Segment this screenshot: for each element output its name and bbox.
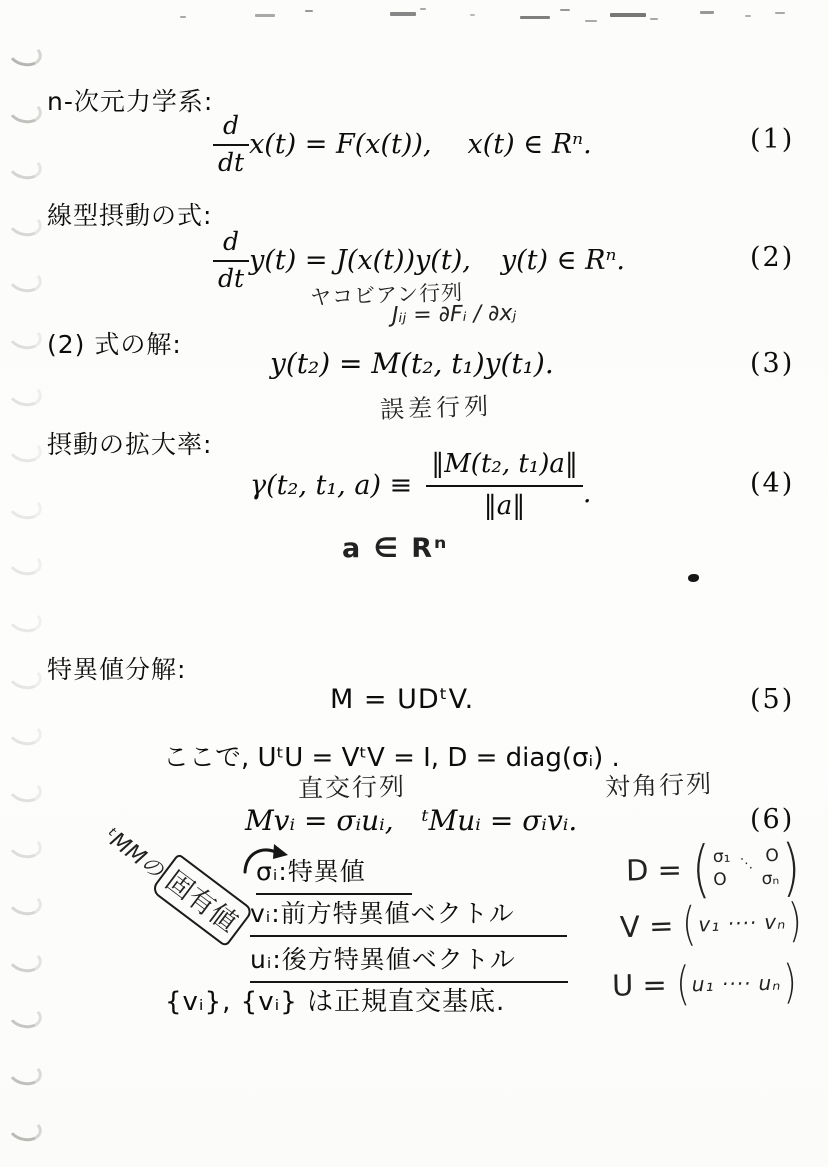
binder-hole bbox=[6, 661, 44, 692]
scan-noise-band bbox=[0, 0, 828, 30]
binder-hole bbox=[6, 548, 44, 579]
binder-hole bbox=[6, 1001, 44, 1032]
equation-1-fraction: d dt bbox=[213, 112, 249, 178]
definition-singular-value: σᵢ:特異値 bbox=[256, 852, 412, 895]
matrix-d-annotation: D = ( σ₁O Oσₙ ⋱ ) bbox=[626, 839, 804, 898]
equation-2-number: (2) bbox=[750, 242, 794, 273]
equation-4-numerator: ‖M(t₂, t₁)a‖ bbox=[426, 450, 583, 487]
matrix-v-entries: v₁ ···· vₙ bbox=[698, 909, 787, 936]
definition-forward-singular-vector: vᵢ:前方特異値ベクトル bbox=[250, 894, 567, 937]
binder-hole bbox=[6, 1114, 44, 1145]
equation-2-fraction: d dt bbox=[213, 228, 249, 294]
equation-1-numerator: d bbox=[213, 112, 249, 146]
equation-4-fraction: ‖M(t₂, t₁)a‖ ‖a‖ bbox=[426, 450, 583, 522]
binder-hole bbox=[6, 492, 44, 523]
matrix-u-left-paren: ( bbox=[676, 963, 690, 1005]
equation-4-denominator: ‖a‖ bbox=[426, 487, 583, 522]
equation-3-body: y(t₂) = M(t₂, t₁)y(t₁). bbox=[270, 347, 554, 380]
matrix-d-zero-bottom: O bbox=[713, 870, 727, 890]
scanned-notes-page: n-次元力学系: d dt x(t) = F(x(t)), x(t) ∈ Rⁿ.… bbox=[0, 0, 828, 1167]
matrix-u-annotation: U = ( u₁ ···· uₙ ) bbox=[612, 961, 800, 1006]
equation-4-lhs: γ(t₂, t₁, a) ≡ bbox=[250, 470, 412, 501]
matrix-d-lhs: D = bbox=[626, 852, 682, 887]
matrix-u-right-paren: ) bbox=[783, 961, 797, 1003]
ink-blot bbox=[688, 574, 699, 582]
matrix-v-left-paren: ( bbox=[682, 904, 697, 946]
equation-5-number: (5) bbox=[750, 684, 794, 715]
matrix-u-lhs: U = bbox=[612, 967, 667, 1002]
jacobian-formula-annotation: Jᵢⱼ = ∂Fᵢ / ∂xⱼ bbox=[392, 301, 517, 328]
equation-1-denominator: dt bbox=[213, 146, 249, 178]
equation-6-body: Mvᵢ = σᵢuᵢ, ᵗMuᵢ = σᵢvᵢ. bbox=[245, 804, 577, 837]
binder-hole bbox=[6, 944, 44, 975]
binder-hole bbox=[6, 775, 44, 806]
eigenvalue-annotation-boxed: 固有値 bbox=[150, 853, 254, 948]
equation-2-condition: y(t) ∈ Rⁿ. bbox=[501, 245, 625, 276]
equation-2-numerator: d bbox=[213, 228, 249, 262]
binder-hole bbox=[6, 152, 44, 183]
matrix-d-left-paren: ( bbox=[691, 841, 710, 897]
definition-backward-singular-vector: uᵢ:後方特異値ベクトル bbox=[250, 940, 568, 983]
equation-5-body: M = UDᵗV. bbox=[330, 684, 474, 715]
binder-hole bbox=[6, 1058, 44, 1089]
section-title-svd: 特異値分解: bbox=[47, 650, 186, 686]
equation-1-body: x(t) = F(x(t)), bbox=[249, 129, 431, 160]
binder-hole bbox=[6, 265, 44, 296]
matrix-v-lhs: V = bbox=[619, 908, 674, 944]
binder-hole bbox=[6, 888, 44, 919]
eigenvalue-annotation: ᵗMMの固有値 bbox=[96, 812, 255, 948]
binder-hole bbox=[6, 435, 44, 466]
matrix-d-zero-top: O bbox=[765, 846, 779, 866]
binder-hole bbox=[6, 95, 44, 126]
equation-2-denominator: dt bbox=[213, 262, 249, 294]
equation-4-number: (4) bbox=[750, 468, 794, 499]
diagonal-matrix-annotation: 対角行列 bbox=[604, 764, 713, 804]
binder-hole bbox=[6, 39, 44, 70]
orthonormal-basis-note: {vᵢ}, {vᵢ} は正規直交基底. bbox=[165, 981, 505, 1018]
equation-3-number: (3) bbox=[750, 348, 794, 379]
matrix-d-sigma1: σ₁ bbox=[713, 847, 731, 867]
section-title-dynamical-system: n-次元力学系: bbox=[47, 82, 213, 118]
eigenvalue-annotation-prefix: ᵗMMの bbox=[100, 824, 168, 884]
equation-1-number: (1) bbox=[750, 124, 794, 155]
section-title-linear-perturbation: 線型摂動の式: bbox=[47, 196, 212, 232]
binder-hole bbox=[6, 718, 44, 749]
vector-space-annotation: a ∈ Rⁿ bbox=[342, 533, 448, 564]
orthogonal-matrix-annotation: 直交行列 bbox=[298, 767, 407, 805]
matrix-d-diagonal-dots: ⋱ bbox=[740, 857, 753, 872]
matrix-d-right-paren: ) bbox=[782, 840, 801, 896]
binder-hole bbox=[6, 378, 44, 409]
error-matrix-annotation: 誤差行列 bbox=[379, 386, 492, 425]
binder-hole bbox=[6, 209, 44, 240]
section-title-growth-rate: 摂動の拡大率: bbox=[47, 425, 212, 461]
binder-hole bbox=[6, 831, 44, 862]
matrix-d-entries: σ₁O Oσₙ ⋱ bbox=[713, 844, 780, 892]
matrix-d-sigman: σₙ bbox=[762, 869, 780, 889]
equation-1-condition: x(t) ∈ Rⁿ. bbox=[468, 129, 592, 160]
binder-hole bbox=[6, 322, 44, 353]
binder-hole bbox=[6, 605, 44, 636]
equation-1: d dt x(t) = F(x(t)), x(t) ∈ Rⁿ. bbox=[213, 112, 592, 178]
matrix-v-right-paren: ) bbox=[788, 900, 803, 942]
matrix-u-entries: u₁ ···· uₙ bbox=[691, 970, 781, 996]
equation-4: γ(t₂, t₁, a) ≡ ‖M(t₂, t₁)a‖ ‖a‖ . bbox=[250, 450, 591, 522]
equation-4-period: . bbox=[583, 478, 592, 509]
section-title-solution: (2) 式の解: bbox=[47, 325, 182, 361]
equation-2-body: y(t) = J(x(t))y(t), bbox=[249, 245, 471, 276]
matrix-v-annotation: V = ( v₁ ···· vₙ ) bbox=[619, 900, 804, 948]
